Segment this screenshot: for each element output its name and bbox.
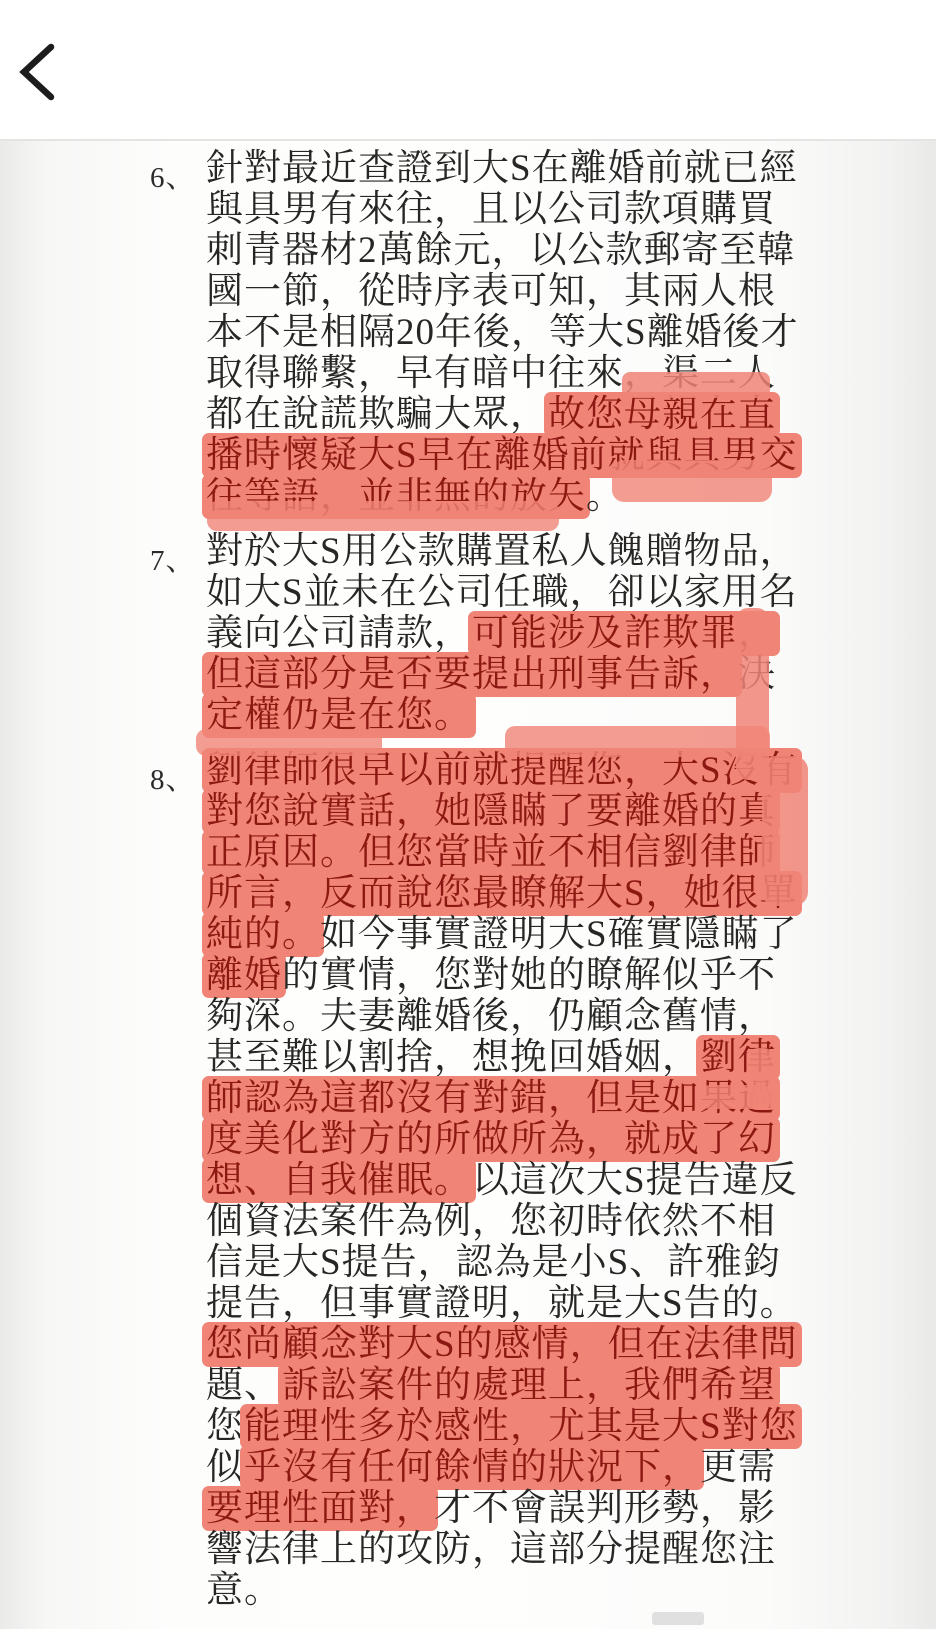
highlight-mark: 劉律師很早以前就提醒您，大S沒有 (202, 748, 802, 793)
text-line: 如大S並未在公司任職，卻以家用名 (206, 572, 936, 613)
text-line: 國一節，從時序表可知，其兩人根 (206, 271, 936, 312)
text-line: 您能理性多於感性，尤其是大S對您 (206, 1406, 936, 1447)
text-line: 正原因。但您當時並不相信劉律師 (206, 832, 936, 873)
text-line: 個資法案件為例，您初時依然不相 (206, 1201, 936, 1242)
text-line: 響法律上的攻防，這部分提醒您注 (206, 1529, 936, 1570)
text-line: 對於大S用公款購置私人餽贈物品， (206, 531, 936, 572)
text-segment: 更需 (700, 1447, 776, 1488)
text-segment: 如今事實證明大S確實隱瞞了 (320, 914, 798, 955)
text-line: 意。 (206, 1570, 936, 1611)
text-line: 定權仍是在您。 (206, 695, 936, 736)
text-segment: 國一節，從時序表可知，其兩人根 (206, 271, 776, 312)
highlight-mark: 播時懷疑大S早在離婚前就與具男交 (202, 433, 802, 478)
text-segment: 針對最近查證到大S在離婚前就已經 (206, 148, 798, 189)
paragraph-item: 7、對於大S用公款購置私人餽贈物品，如大S並未在公司任職，卻以家用名義向公司請款… (150, 531, 936, 736)
text-line: 似乎沒有任何餘情的狀況下，更需 (206, 1447, 936, 1488)
paragraph-number: 8、 (150, 750, 206, 1611)
text-segment: 對於大S用公款購置私人餽贈物品， (206, 531, 798, 572)
text-line: 劉律師很早以前就提醒您，大S沒有 (206, 750, 936, 791)
highlight-mark: 要理性面對， (202, 1486, 438, 1531)
highlight-mark: 純的。 (202, 912, 324, 957)
highlight-mark: 可能涉及詐欺罪， (468, 611, 780, 656)
text-segment: 取得聯繫，早有暗中往來，渠二人 (206, 353, 776, 394)
document-body: 6、針對最近查證到大S在離婚前就已經與具男有來往，且以公司款項購買刺青器材2萬餘… (0, 148, 936, 1611)
text-segment: 。 (586, 476, 624, 517)
text-segment: 以這次大S提告違反 (472, 1160, 798, 1201)
highlight-mark: 對您說實話，她隱瞞了要離婚的真 (202, 789, 780, 834)
text-line: 信是大S提告，認為是小S、許雅鈞 (206, 1242, 936, 1283)
highlight-mark: 離婚 (202, 953, 286, 998)
text-line: 取得聯繫，早有暗中往來，渠二人 (206, 353, 936, 394)
text-segment: 本不是相隔20年後，等大S離婚後才 (206, 312, 799, 353)
paragraph-item: 6、針對最近查證到大S在離婚前就已經與具男有來往，且以公司款項購買刺青器材2萬餘… (150, 148, 936, 517)
highlight-mark: 想、自我催眠。 (202, 1158, 476, 1203)
text-line: 往等語，並非無的放矢。 (206, 476, 936, 517)
text-line: 度美化對方的所做所為，就成了幻 (206, 1119, 936, 1160)
text-line: 提告，但事實證明，就是大S告的。 (206, 1283, 936, 1324)
text-line: 想、自我催眠。以這次大S提告違反 (206, 1160, 936, 1201)
highlight-mark: 往等語，並非無的放矢 (202, 474, 590, 519)
text-line: 對您說實話，她隱瞞了要離婚的真 (206, 791, 936, 832)
text-segment: 如大S並未在公司任職，卻以家用名 (206, 572, 798, 613)
text-line: 師認為這都沒有對錯，但是如果過 (206, 1078, 936, 1119)
text-segment: 與具男有來往，且以公司款項購買 (206, 189, 776, 230)
text-segment: 甚至難以割捨，想挽回婚姻， (206, 1037, 700, 1078)
text-line: 義向公司請款，可能涉及詐欺罪， (206, 613, 936, 654)
paragraph-lines: 對於大S用公款購置私人餽贈物品，如大S並未在公司任職，卻以家用名義向公司請款，可… (206, 531, 936, 736)
text-segment: 題、 (206, 1365, 282, 1406)
text-line: 播時懷疑大S早在離婚前就與具男交 (206, 435, 936, 476)
paragraph-number: 6、 (150, 148, 206, 517)
text-line: 所言，反而說您最瞭解大S，她很單 (206, 873, 936, 914)
highlight-mark: 乎沒有任何餘情的狀況下， (240, 1445, 704, 1490)
text-segment: 意。 (206, 1570, 282, 1611)
paragraph-lines: 劉律師很早以前就提醒您，大S沒有對您說實話，她隱瞞了要離婚的真正原因。但您當時並… (206, 750, 936, 1611)
paragraph-lines: 針對最近查證到大S在離婚前就已經與具男有來往，且以公司款項購買刺青器材2萬餘元，… (206, 148, 936, 517)
text-segment: 個資法案件為例，您初時依然不相 (206, 1201, 776, 1242)
text-line: 本不是相隔20年後，等大S離婚後才 (206, 312, 936, 353)
highlight-mark: 但這部分是否要提出刑事告訴， (202, 652, 742, 697)
text-line: 針對最近查證到大S在離婚前就已經 (206, 148, 936, 189)
text-segment: 的實情，您對她的瞭解似乎不 (282, 955, 776, 996)
text-segment: 決 (738, 654, 776, 695)
text-segment: 信是大S提告，認為是小S、許雅鈞 (206, 1242, 781, 1283)
text-line: 刺青器材2萬餘元，以公款郵寄至韓 (206, 230, 936, 271)
chevron-left-icon (10, 41, 70, 103)
text-line: 甚至難以割捨，想挽回婚姻，劉律 (206, 1037, 936, 1078)
text-segment: 義向公司請款， (206, 613, 472, 654)
highlight-mark: 所言，反而說您最瞭解大S，她很單 (202, 871, 802, 916)
text-segment: 似 (206, 1447, 244, 1488)
document-page: 6、針對最近查證到大S在離婚前就已經與具男有來往，且以公司款項購買刺青器材2萬餘… (0, 141, 936, 1629)
text-segment: 刺青器材2萬餘元，以公款郵寄至韓 (206, 230, 796, 271)
highlight-mark: 能理性多於感性，尤其是大S對您 (240, 1404, 802, 1449)
text-segment: 夠深。夫妻離婚後，仍顧念舊情， (206, 996, 776, 1037)
appbar (0, 0, 936, 140)
back-button[interactable] (10, 32, 70, 108)
highlight-mark: 師認為這都沒有對錯，但是如果過 (202, 1076, 780, 1121)
highlight-mark: 您尚顧念對大S的感情，但在法律問 (202, 1322, 802, 1367)
text-line: 都在說謊欺騙大眾，故您母親在直 (206, 394, 936, 435)
text-line: 要理性面對，才不會誤判形勢，影 (206, 1488, 936, 1529)
text-line: 夠深。夫妻離婚後，仍顧念舊情， (206, 996, 936, 1037)
text-segment: 都在說謊欺騙大眾， (206, 394, 548, 435)
text-line: 您尚顧念對大S的感情，但在法律問 (206, 1324, 936, 1365)
text-segment: 提告，但事實證明，就是大S告的。 (206, 1283, 798, 1324)
text-line: 題、訴訟案件的處理上，我們希望 (206, 1365, 936, 1406)
highlight-mark: 度美化對方的所做所為，就成了幻 (202, 1117, 780, 1162)
text-line: 離婚的實情，您對她的瞭解似乎不 (206, 955, 936, 996)
text-line: 與具男有來往，且以公司款項購買 (206, 189, 936, 230)
appbar-separator (0, 139, 936, 141)
highlight-mark: 故您母親在直 (544, 392, 780, 437)
paragraph-item: 8、劉律師很早以前就提醒您，大S沒有對您說實話，她隱瞞了要離婚的真正原因。但您當… (150, 750, 936, 1611)
text-segment: 才不會誤判形勢，影 (434, 1488, 776, 1529)
highlight-mark: 訴訟案件的處理上，我們希望 (278, 1363, 780, 1408)
text-line: 但這部分是否要提出刑事告訴，決 (206, 654, 936, 695)
paragraph-number: 7、 (150, 531, 206, 736)
text-segment: 響法律上的攻防，這部分提醒您注 (206, 1529, 776, 1570)
highlight-mark: 定權仍是在您。 (202, 693, 476, 738)
highlight-mark: 劉律 (696, 1035, 780, 1080)
highlight-mark: 正原因。但您當時並不相信劉律師 (202, 830, 780, 875)
text-line: 純的。如今事實證明大S確實隱瞞了 (206, 914, 936, 955)
text-segment: 您 (206, 1406, 244, 1447)
